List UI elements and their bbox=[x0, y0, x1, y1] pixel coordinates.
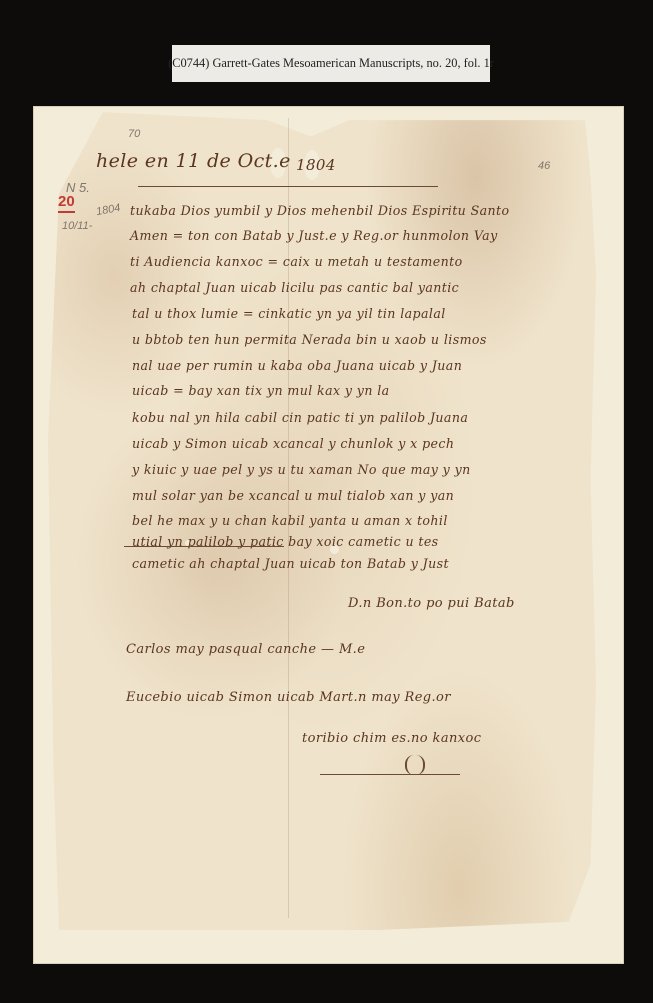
page-number-annotation: 46 bbox=[538, 160, 550, 172]
manuscript-line: mul solar yan be xcancal u mul tialob xa… bbox=[132, 488, 454, 503]
strike-line bbox=[124, 546, 284, 547]
manuscript-line: y kiuic y uae pel y ys u tu xaman No que… bbox=[132, 462, 471, 477]
catalog-label: (C0744) Garrett-Gates Mesoamerican Manus… bbox=[172, 45, 490, 82]
signature-batab: D.n Bon.to po pui Batab bbox=[348, 596, 515, 611]
manuscript-heading: hele en 11 de Oct.e bbox=[96, 150, 291, 172]
manuscript-line: kobu nal yn hila cabil cin patic ti yn p… bbox=[132, 410, 468, 425]
manuscript-line: uicab = bay xan tix yn mul kax y yn la bbox=[132, 383, 390, 398]
signature-line: Eucebio uicab Simon uicab Mart.n may Reg… bbox=[126, 690, 451, 705]
manuscript-line: tal u thox lumie = cinkatic yn ya yil ti… bbox=[132, 306, 446, 321]
rubric-line bbox=[320, 774, 460, 775]
manuscript-line: bel he max y u chan kabil yanta u aman x… bbox=[132, 513, 448, 528]
manuscript-heading-year: 1804 bbox=[296, 156, 336, 174]
manuscript-line: cametic ah chaptal Juan uicab ton Batab … bbox=[132, 556, 449, 571]
rubric-flourish bbox=[405, 755, 425, 775]
signature-line: Carlos may pasqual canche — M.e bbox=[126, 642, 365, 657]
pencil-date-annotation: 10/11- bbox=[62, 220, 92, 232]
signature-escribano: toribio chim es.no kanxoc bbox=[302, 731, 481, 746]
top-number-annotation: 70 bbox=[128, 128, 140, 140]
manuscript-line: ti Audiencia kanxoc = caix u metah u tes… bbox=[130, 254, 463, 269]
manuscript-line: nal uae per rumin u kaba oba Juana uicab… bbox=[132, 358, 462, 373]
folio-number-red: 20 bbox=[58, 193, 75, 213]
manuscript-line: tukaba Dios yumbil y Dios mehenbil Dios … bbox=[130, 203, 509, 218]
heading-underline bbox=[138, 186, 438, 187]
manuscript-line: ah chaptal Juan uicab licilu pas cantic … bbox=[130, 280, 459, 295]
manuscript-line: Amen = ton con Batab y Just.e y Reg.or h… bbox=[130, 228, 498, 243]
manuscript-line: uicab y Simon uicab xcancal y chunlok y … bbox=[132, 436, 454, 451]
manuscript-line: u bbtob ten hun permita Nerada bin u xao… bbox=[132, 332, 487, 347]
